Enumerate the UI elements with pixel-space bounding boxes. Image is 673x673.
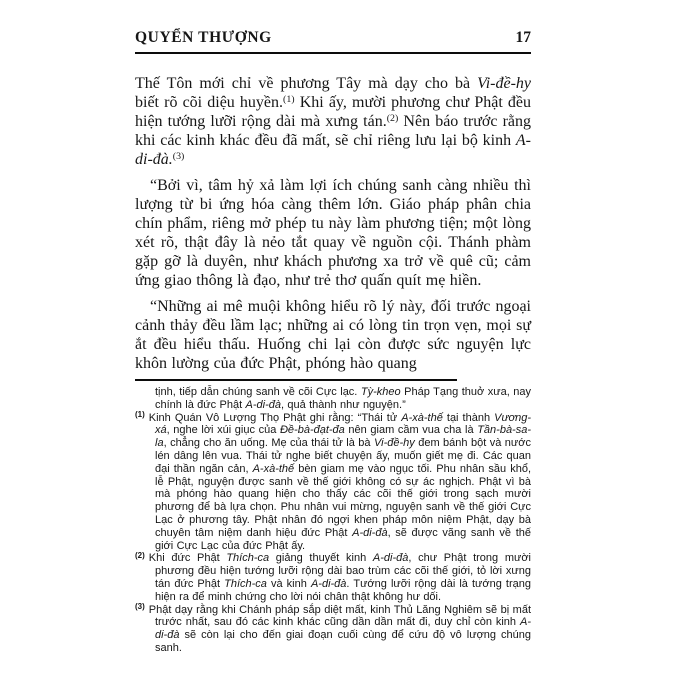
text-run: tịnh, tiếp dẫn chúng sanh về cõi Cực lạc…: [155, 386, 361, 398]
text-run: Thích-ca: [224, 578, 267, 590]
text-run: A-di-đà: [352, 527, 387, 539]
body-paragraph-2: “Bởi vì, tâm hỷ xả làm lợi ích chúng san…: [135, 176, 531, 290]
footnote-1: (1)Kinh Quán Vô Lượng Thọ Phật ghi rằng:…: [135, 412, 531, 553]
text-run: A-di-đà: [246, 399, 281, 411]
body-paragraph-1: Thế Tôn mới chỉ về phương Tây mà dạy cho…: [135, 74, 531, 169]
text-run: “Bởi vì, tâm hỷ xả làm lợi ích chúng san…: [135, 177, 531, 289]
footnotes-section: tịnh, tiếp dẫn chúng sanh về cõi Cực lạc…: [135, 386, 531, 655]
text-run: tại thành: [443, 412, 494, 424]
footnote-marker-2: (2): [135, 551, 145, 560]
text-run: Khi đức Phật: [149, 552, 227, 564]
text-run: (1): [283, 94, 295, 105]
text-run: và kinh: [267, 578, 311, 590]
text-run: Đề-bà-đạt-đa: [280, 424, 345, 436]
text-run: Thích-ca: [226, 552, 269, 564]
running-title: QUYỂN THƯỢNG: [135, 29, 272, 47]
text-run: giảng thuyết kinh: [269, 552, 373, 564]
page-header: QUYỂN THƯỢNG 17: [135, 29, 531, 52]
body-paragraph-3: “Những ai mê muội không hiểu rõ lý này, …: [135, 297, 531, 373]
footnote-marker-3: (3): [135, 602, 145, 611]
text-run: , quả thành như nguyện.”: [281, 399, 406, 411]
text-run: A-di-đà: [373, 552, 408, 564]
text-run: , chẳng cho ăn uống. Mẹ của thái tử là b…: [164, 437, 374, 449]
footnote-marker-1: (1): [135, 410, 145, 419]
footnote-1-text: Kinh Quán Vô Lượng Thọ Phật ghi rằng: “T…: [149, 412, 531, 552]
text-run: biết rõ cõi diệu huyền.: [135, 94, 283, 111]
text-run: Thế Tôn mới chỉ về phương Tây mà dạy cho…: [135, 75, 477, 92]
footnote-separator-rule: [135, 379, 457, 381]
text-run: Tỳ-kheo: [361, 386, 401, 398]
text-run: Vi-đề-hy: [477, 75, 531, 92]
text-run: A-xà-thế: [253, 463, 295, 475]
text-run: Vi-đề-hy: [374, 437, 415, 449]
text-run: “Những ai mê muội không hiểu rõ lý này, …: [135, 298, 531, 372]
text-run: , nghe lời xúi giục của: [167, 424, 280, 436]
book-page: QUYỂN THƯỢNG 17 Thế Tôn mới chỉ về phươn…: [0, 0, 673, 673]
footnote-continuation: tịnh, tiếp dẫn chúng sanh về cõi Cực lạc…: [135, 386, 531, 412]
footnote-2: (2)Khi đức Phật Thích-ca giảng thuyết ki…: [135, 552, 531, 603]
footnote-2-text: Khi đức Phật Thích-ca giảng thuyết kinh …: [149, 552, 531, 602]
body-text: Thế Tôn mới chỉ về phương Tây mà dạy cho…: [135, 74, 531, 373]
text-run: A-xà-thế: [401, 412, 443, 424]
text-run: Phật dạy rằng khi Chánh pháp sắp diệt mấ…: [149, 604, 531, 629]
text-run: nên giam cầm vua cha là: [345, 424, 477, 436]
footnote-3-text: Phật dạy rằng khi Chánh pháp sắp diệt mấ…: [149, 604, 531, 654]
text-run: (3): [173, 151, 185, 162]
page-content: QUYỂN THƯỢNG 17 Thế Tôn mới chỉ về phươn…: [135, 29, 531, 655]
footnote-3: (3)Phật dạy rằng khi Chánh pháp sắp diệt…: [135, 604, 531, 655]
text-run: sẽ còn lại cho đến giai đoạn cuối cùng đ…: [155, 629, 531, 654]
text-run: A-di-đà: [311, 578, 346, 590]
header-rule: [135, 52, 531, 54]
page-number: 17: [516, 29, 532, 47]
text-run: (2): [387, 113, 399, 124]
text-run: Kinh Quán Vô Lượng Thọ Phật ghi rằng: “T…: [149, 412, 401, 424]
